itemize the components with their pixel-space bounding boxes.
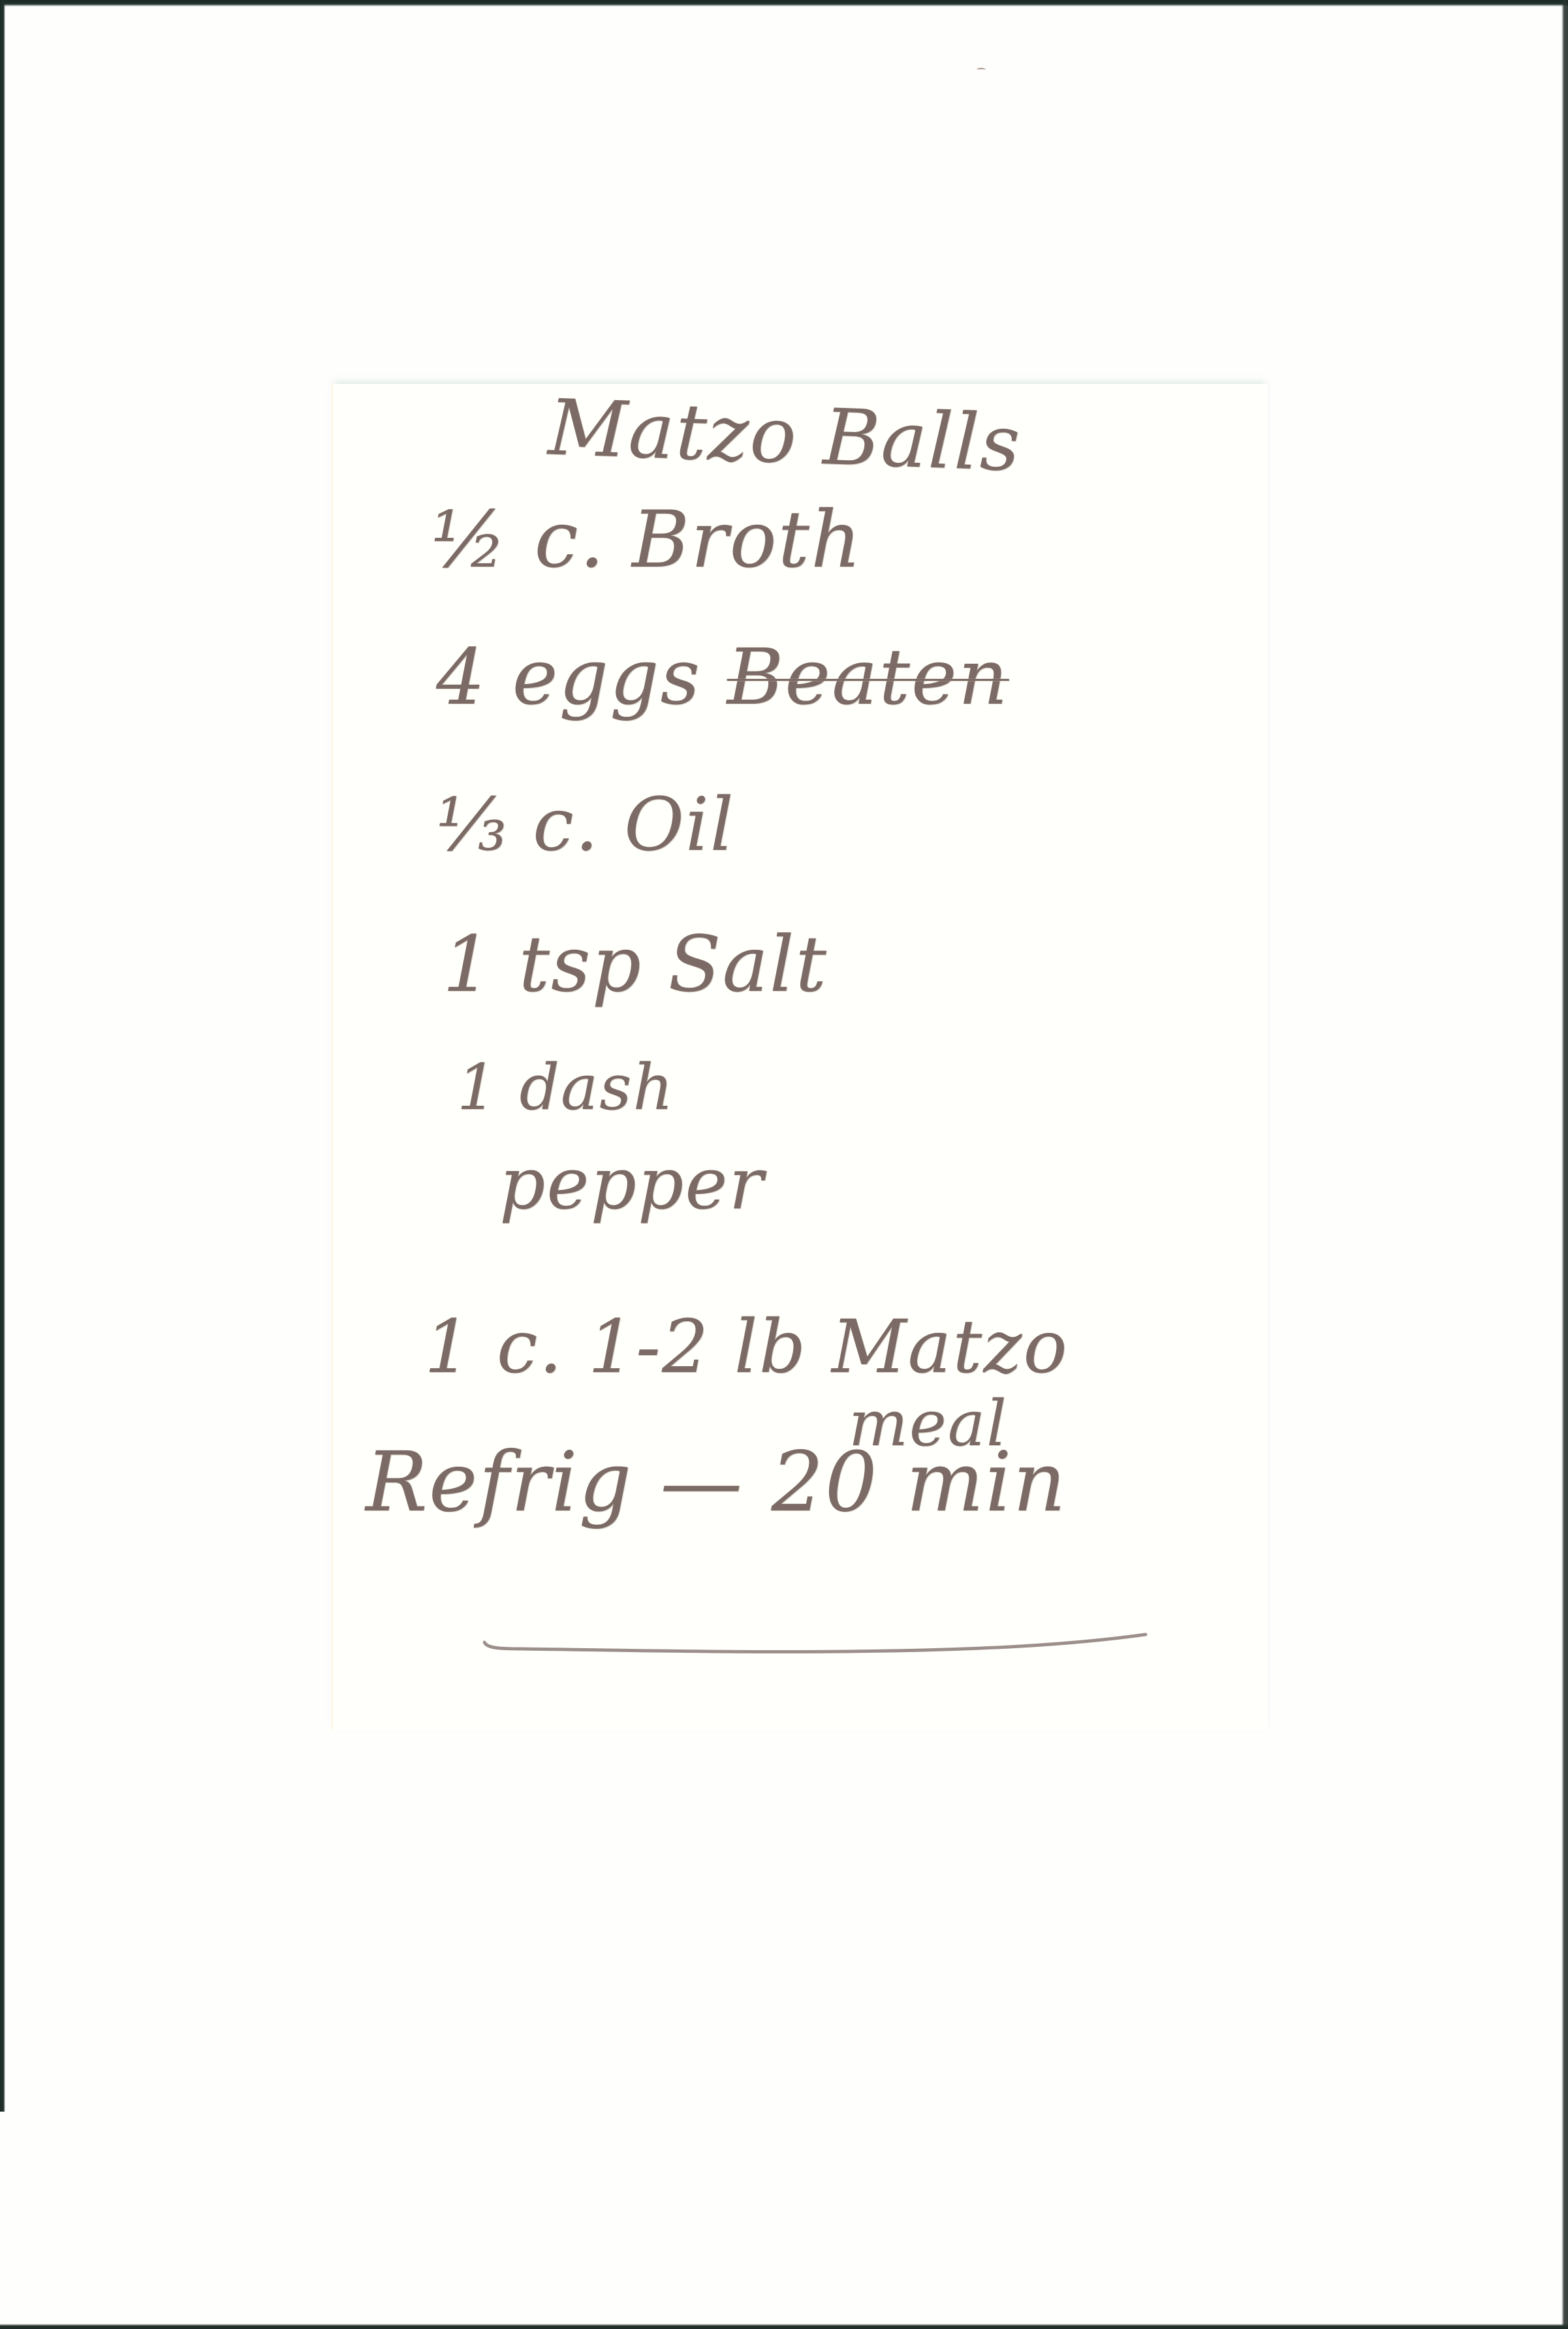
instruction-refrigerate: Refrig — 20 min	[366, 1441, 1067, 1524]
scan-edge-top	[0, 0, 1568, 7]
ingredient-matzo: 1 c. 1-2 lb Matzo	[424, 1311, 1069, 1384]
recipe-card: Matzo Balls ½ c. Broth 4 eggs Beaten ⅓ c…	[332, 384, 1268, 1730]
corrected-word-beaten: Beaten	[727, 632, 1009, 722]
ingredient-dash: 1 dash	[457, 1056, 674, 1119]
ingredient-broth: ½ c. Broth	[431, 501, 862, 580]
ingredient-salt: 1 tsp Salt	[443, 926, 828, 1003]
ingredient-pepper: pepper	[499, 1148, 764, 1219]
scan-edge-right	[1561, 0, 1568, 2329]
paper-speck	[977, 68, 986, 72]
recipe-title: Matzo Balls	[547, 388, 1022, 482]
ingredient-eggs: 4 eggs Beaten	[436, 638, 1009, 715]
scan-frame: Matzo Balls ½ c. Broth 4 eggs Beaten ⅓ c…	[0, 0, 1568, 2329]
ingredient-eggs-text: 4 eggs	[436, 632, 727, 722]
scan-edge-bottom	[0, 2324, 1568, 2329]
ingredient-oil: ⅓ c. Oil	[436, 789, 735, 862]
hand-drawn-underline	[483, 1631, 1149, 1657]
scan-edge-left	[0, 0, 5, 2112]
